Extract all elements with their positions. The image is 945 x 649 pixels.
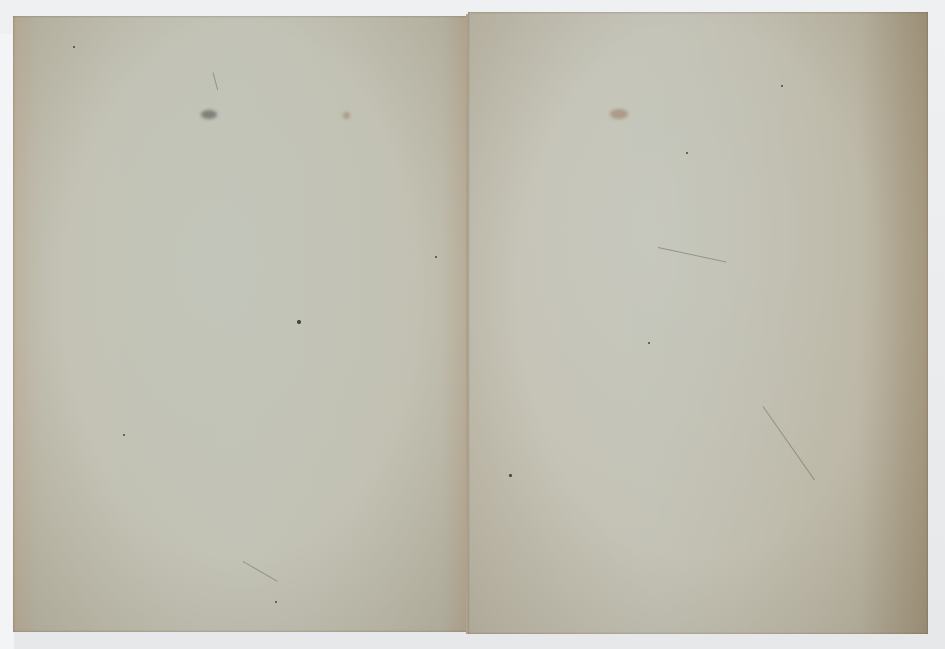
scratch-mark [658, 247, 727, 263]
speck [648, 342, 650, 344]
speck [686, 152, 688, 154]
scratch-mark [213, 72, 219, 90]
speck [275, 601, 277, 603]
speck [435, 256, 437, 258]
speck [73, 46, 75, 48]
speck [123, 434, 125, 436]
speck [509, 474, 512, 477]
smudge-mark [201, 110, 217, 119]
scratch-mark [243, 561, 278, 582]
left-page [13, 16, 468, 632]
left-page-aging [13, 16, 468, 632]
speck [297, 320, 301, 324]
background-paper-strip [0, 34, 14, 649]
right-page [468, 12, 928, 634]
stain-mark [343, 112, 350, 119]
scratch-mark [763, 406, 815, 480]
speck [781, 85, 783, 87]
open-booklet [13, 12, 928, 634]
stain-mark [610, 109, 628, 119]
right-page-aging [468, 12, 928, 634]
